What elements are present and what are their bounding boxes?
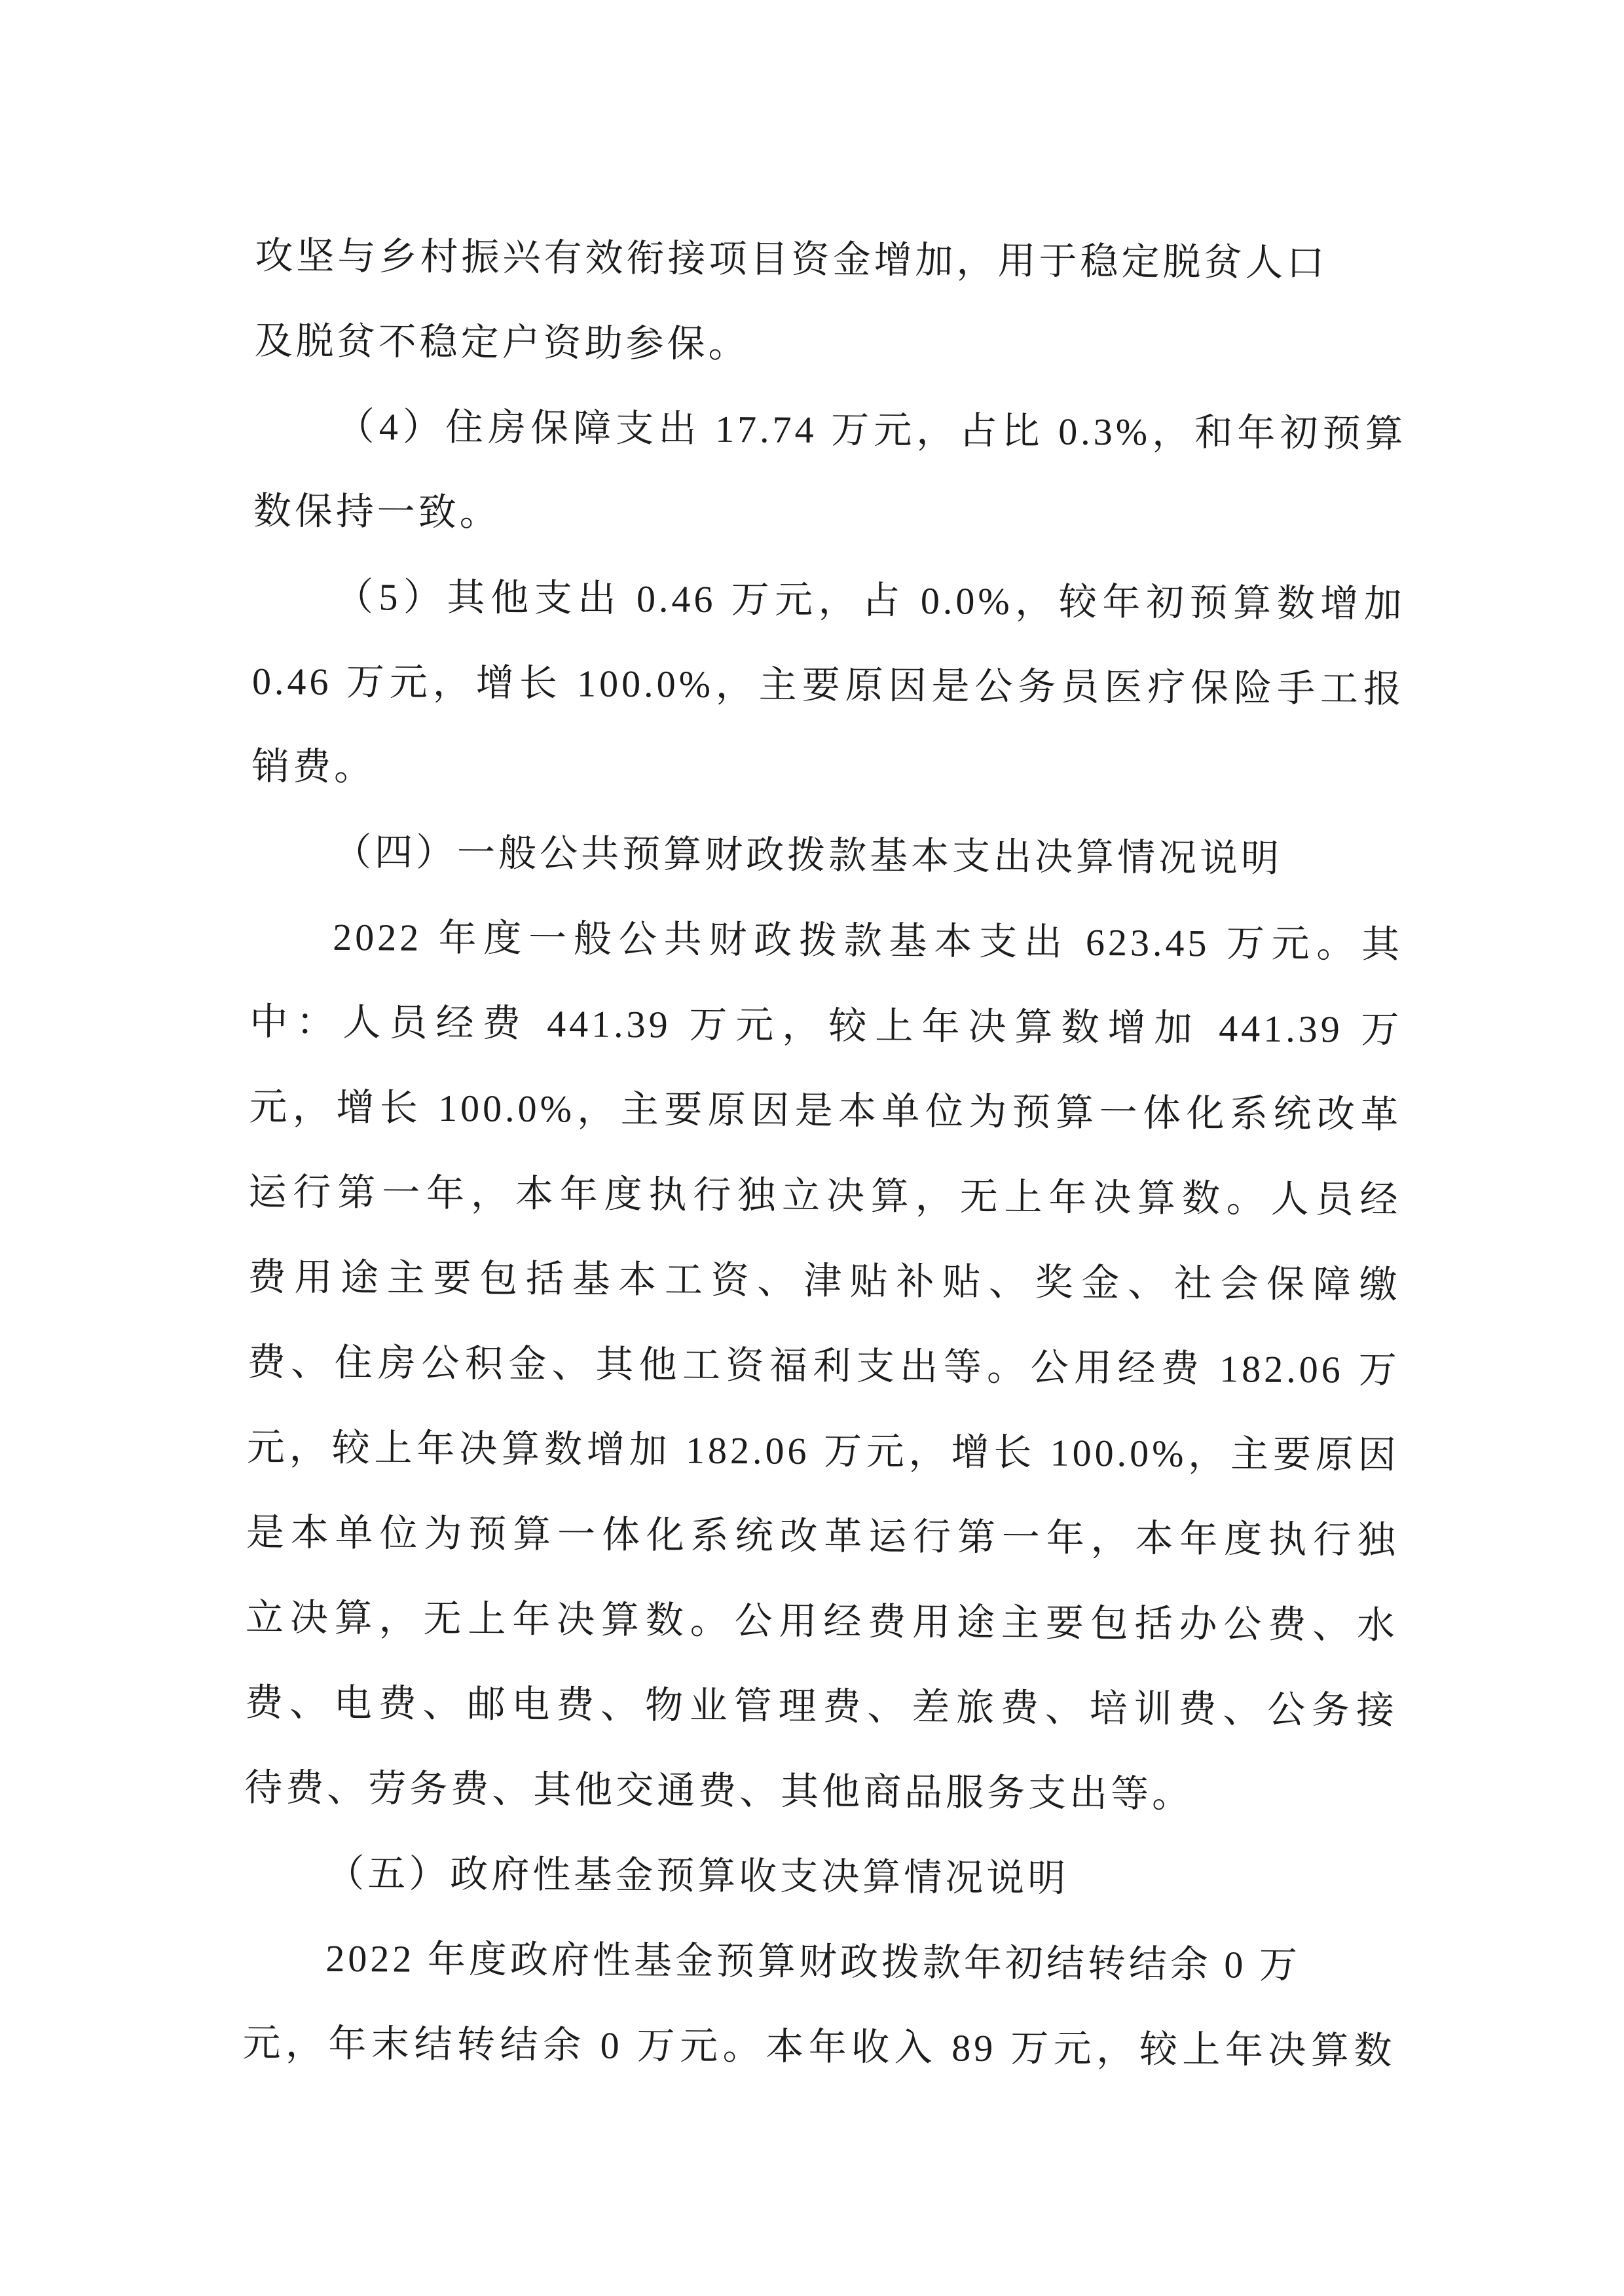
text-line: 销费。 bbox=[251, 724, 1405, 817]
document-page: 攻坚与乡村振兴有效衔接项目资金增加，用于稳定脱贫人口及脱贫不稳定户资助参保。（4… bbox=[0, 0, 1624, 2296]
text-line: 运行第一年，本年度执行独立决算，无上年决算数。人员经 bbox=[248, 1150, 1401, 1243]
text-line: （四）一般公共预算财政拨款基本支出决算情况说明 bbox=[251, 809, 1404, 902]
text-line: （4）住房保障支出 17.74 万元，占比 0.3%，和年初预算 bbox=[253, 384, 1407, 477]
text-line: 元，年末结转结余 0 万元。本年收入 89 万元，较上年决算数 bbox=[242, 2001, 1395, 2094]
text-line: 中：人员经费 441.39 万元，较上年决算数增加 441.39 万 bbox=[249, 979, 1403, 1072]
text-line: 立决算，无上年决算数。公用经费用途主要包括办公费、水 bbox=[246, 1575, 1399, 1668]
document-body: 攻坚与乡村振兴有效衔接项目资金增加，用于稳定脱贫人口及脱贫不稳定户资助参保。（4… bbox=[242, 213, 1408, 2094]
text-line: 费、住房公积金、其他工资福利支出等。公用经费 182.06 万 bbox=[247, 1320, 1400, 1413]
text-line: 元，较上年决算数增加 182.06 万元，增长 100.0%，主要原因 bbox=[246, 1405, 1399, 1498]
text-line: 2022 年度一般公共财政拨款基本支出 623.45 万元。其 bbox=[250, 894, 1403, 987]
text-line: 攻坚与乡村振兴有效衔接项目资金增加，用于稳定脱贫人口 bbox=[255, 213, 1408, 306]
text-line: 费用途主要包括基本工资、津贴补贴、奖金、社会保障缴 bbox=[248, 1235, 1401, 1328]
text-line: 是本单位为预算一体化系统改革运行第一年，本年度执行独 bbox=[246, 1490, 1399, 1583]
text-line: 数保持一致。 bbox=[253, 469, 1406, 562]
text-line: 元，增长 100.0%，主要原因是本单位为预算一体化系统改革 bbox=[249, 1065, 1402, 1157]
text-line: 费、电费、邮电费、物业管理费、差旅费、培训费、公务接 bbox=[245, 1660, 1398, 1753]
text-line: （五）政府性基金预算收支决算情况说明 bbox=[244, 1831, 1397, 1923]
text-line: （5）其他支出 0.46 万元，占 0.0%，较年初预算数增加 bbox=[252, 554, 1405, 647]
text-line: 0.46 万元，增长 100.0%，主要原因是公务员医疗保险手工报 bbox=[252, 639, 1405, 732]
text-line: 2022 年度政府性基金预算财政拨款年初结转结余 0 万 bbox=[243, 1916, 1396, 2009]
text-line: 及脱贫不稳定户资助参保。 bbox=[254, 299, 1407, 392]
text-line: 待费、劳务费、其他交通费、其他商品服务支出等。 bbox=[244, 1745, 1397, 1838]
